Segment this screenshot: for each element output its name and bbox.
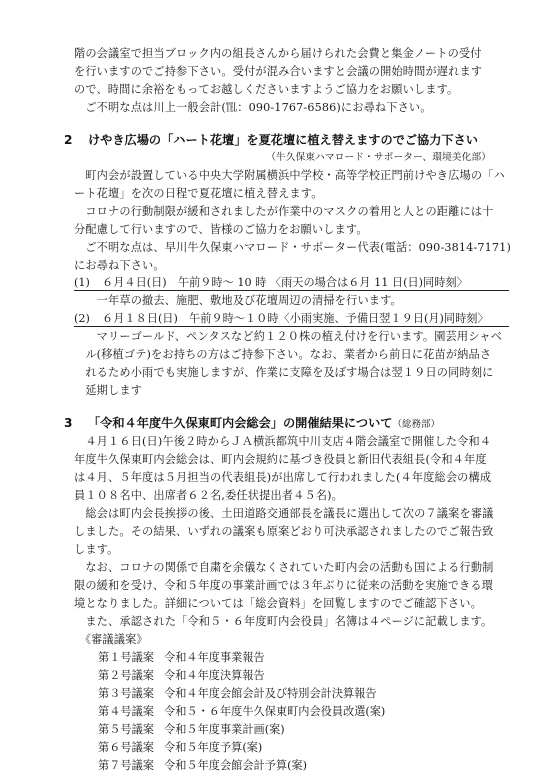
body-line: 員１０８名中、出席者６２名,委任状提出者４５名)。 xyxy=(74,488,343,503)
body-line: にお尋ね下さい。 xyxy=(74,258,165,273)
motion-number: 第１号議案 xyxy=(98,650,164,665)
schedule-item-2: (2)６月１８日(日) 午前９時～１０時〈小雨実施、予備日翌１９日(月)同時刻〉 xyxy=(74,311,509,327)
schedule-detail: ル(移植ゴテ)をお持ちの方はご持参下さい。なお、業者から前日に花苗が納品さ xyxy=(74,347,491,362)
motion-item: 第７号議案令和５年度会館会計予算(案) xyxy=(98,758,307,773)
body-line: 分配慮して行いますので、皆様のご協力をお願いします。 xyxy=(74,222,368,237)
motion-number: 第４号議案 xyxy=(98,704,164,719)
motion-number: 第５号議案 xyxy=(98,722,164,737)
schedule-index: (1) xyxy=(74,275,102,290)
schedule-index: (2) xyxy=(74,311,102,326)
body-line: は４月、５年度は５月担当の代表組長)が出席して行われました(４年度総会の構成 xyxy=(74,470,491,485)
intro-line: ので、時間に余裕をもってお越しくださいますようご協力をお願いします。 xyxy=(74,82,458,97)
document-page: 階の会議室で担当ブロック内の組長さんから届けられた会費と集金ノートの受付 を行い… xyxy=(0,0,549,776)
section-3-heading: 3「令和４年度牛久保東町内会総会」の開催結果について（総務部） xyxy=(64,415,440,433)
body-line: 限の緩和を受け、令和５年度の事業計画では３年ぶりに従来の活動を実施できる環 xyxy=(74,578,493,593)
section-2-heading: 2けやき広場の「ハート花壇」を夏花壇に植え替えますのでご協力下さい xyxy=(64,132,478,148)
intro-line: 階の会議室で担当ブロック内の組長さんから届けられた会費と集金ノートの受付 xyxy=(74,46,482,61)
motion-number: 第３号議案 xyxy=(98,686,164,701)
body-line: します。 xyxy=(74,542,118,557)
section-title: 「令和４年度牛久保東町内会総会」の開催結果について xyxy=(88,416,392,430)
schedule-item-1: (1)６月４日(日) 午前９時～ 10 時 〈雨天の場合は６月 11 日(日)同… xyxy=(74,275,509,291)
body-line: ４月１６日(日)午後２時からＪＡ横浜都筑中川支店４階会議室で開催した令和４ xyxy=(74,434,491,449)
body-line: コロナの行動制限が緩和されましたが作業中のマスクの着用と人との距離には十 xyxy=(74,204,494,219)
body-line: しました。その結果、いずれの議案も原案どおり可決承認されましたのでご報告致 xyxy=(74,524,494,539)
schedule-text: ６月１８日(日) 午前９時～１０時〈小雨実施、予備日翌１９日(月)同時刻〉 xyxy=(102,312,489,325)
motion-item: 第６号議案令和５年度予算(案) xyxy=(98,740,262,755)
motion-number: 第２号議案 xyxy=(98,668,164,683)
contact-line: ご不明な点は川上一般会計(℡：090-1767-6586)にお尋ね下さい。 xyxy=(74,100,432,115)
motion-item: 第４号議案令和５・６年度牛久保東町内会役員改選(案) xyxy=(98,704,385,719)
body-line: ご不明な点は、早川牛久保東ハマロード・サポーター代表(電話：090-3814-7… xyxy=(74,240,511,255)
motion-title: 令和５年度予算(案) xyxy=(164,741,262,754)
body-line: 町内会が設置している中央大学附属横浜中学校・高等学校正門前けやき広場の「ハ xyxy=(74,168,505,183)
motion-item: 第１号議案令和４年度事業報告 xyxy=(98,650,265,665)
motion-title: 令和５年度会館会計予算(案) xyxy=(164,759,307,772)
motion-item: 第３号議案令和４年度会館会計及び特別会計決算報告 xyxy=(98,686,377,701)
motions-heading: 《審議議案》 xyxy=(74,632,148,647)
schedule-detail: れるため小雨でも実施しますが、作業に支障を及ぼす場合は翌１９日の同時刻に xyxy=(74,365,494,380)
motion-item: 第５号議案令和５年度事業計画(案) xyxy=(98,722,285,737)
schedule-text: ６月４日(日) 午前９時～ 10 時 〈雨天の場合は６月 11 日(日)同時刻〉 xyxy=(102,276,468,289)
motion-number: 第６号議案 xyxy=(98,740,164,755)
motion-number: 第７号議案 xyxy=(98,758,164,773)
body-line: なお、コロナの関係で自粛を余儀なくされていた町内会の活動も国による行動制 xyxy=(74,560,494,575)
section-number: 2 xyxy=(64,132,88,148)
body-line: また、承認された「令和５・６年度町内会役員」名簿は４ページに記載します。 xyxy=(74,614,492,629)
body-line: 境となりました。詳細については「総会資料」を回覧しますのでご確認下さい。 xyxy=(74,596,482,611)
schedule-detail: 延期します xyxy=(74,383,142,398)
section-2-department: （牛久保東ハマロード・サポーター、環境美化部） xyxy=(266,151,491,165)
motion-item: 第２号議案令和４年度決算報告 xyxy=(98,668,265,683)
motion-title: 令和４年度事業報告 xyxy=(164,651,265,664)
section-3-department: （総務部） xyxy=(392,419,440,430)
body-line: 総会は町内会長挨拶の後、土田道路交通部長を議長に選出して次の７議案を審議 xyxy=(74,506,494,521)
motion-title: 令和５・６年度牛久保東町内会役員改選(案) xyxy=(164,705,385,718)
motion-title: 令和４年度決算報告 xyxy=(164,669,265,682)
section-number: 3 xyxy=(64,415,88,431)
body-line: ート花壇」を次の日程で夏花壇に植え替えます。 xyxy=(74,186,323,201)
motion-title: 令和５年度事業計画(案) xyxy=(164,723,285,736)
schedule-detail: 一年草の撤去、施肥、敷地及び花壇周辺の清掃を行います。 xyxy=(74,293,402,308)
intro-line: を行いますのでご持参下さい。受付が混み合いますと会議の開始時間が遅れます xyxy=(74,64,482,79)
motion-title: 令和４年度会館会計及び特別会計決算報告 xyxy=(164,687,377,700)
schedule-detail: マリーゴールド、ペンタスなど約１２０株の植え付けを行います。園芸用シャベ xyxy=(74,329,502,344)
body-line: 年度牛久保東町内会総会は、町内会規約に基づき役員と新旧代表組長(令和４年度 xyxy=(74,452,487,467)
section-title: けやき広場の「ハート花壇」を夏花壇に植え替えますのでご協力下さい xyxy=(88,133,478,147)
